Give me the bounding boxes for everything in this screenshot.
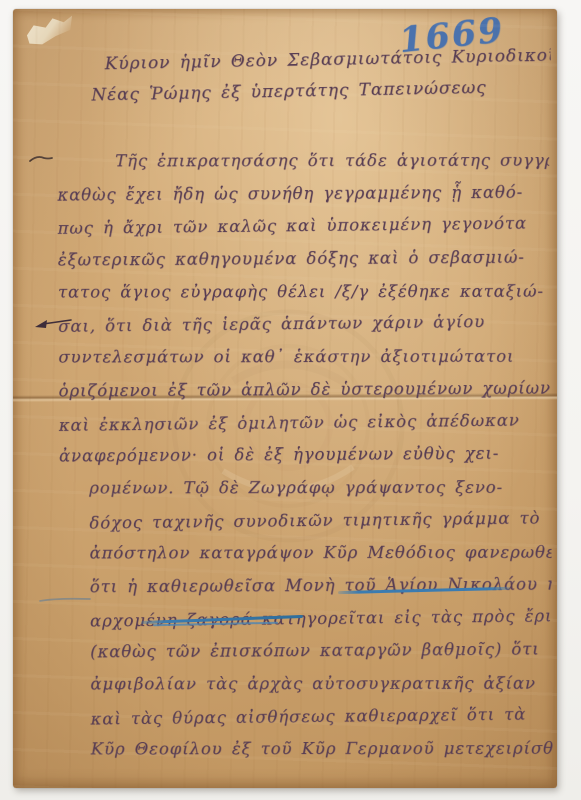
handwriting-line: τατος ἅγιος εὐγραφὴς θέλει /ξ/γ ἐξέθηκε …: [58, 275, 550, 309]
handwriting-line: αρχομένη ζαγορά κατηγορεῖται εἰς τὰς πρὸ…: [60, 600, 552, 638]
handwriting-line: συντελεσμάτων οἱ καθ᾽ ἑκάστην ἀξιοτιμώτα…: [58, 341, 550, 375]
handwriting-line: πως ἡ ἄχρι τῶν καλῶς καὶ ὑποκειμένη γεγο…: [57, 208, 549, 246]
handwriting-line: ρομένων. Τῷ δὲ Ζωγράφῳ γράψαντος ξενο-: [59, 471, 551, 505]
handwriting-line: ἀναφερόμενον· οἱ δὲ ἐξ ἡγουμένων εὐθὺς χ…: [59, 438, 551, 474]
handwriting-line: δόχος ταχινῆς συνοδικῶν τιμητικῆς γράμμα…: [59, 502, 551, 540]
margin-arrow-mark: [33, 315, 73, 333]
handwriting-line: ἀπόστηλον καταγράψον Κῦρ Μεθόδιος φανερω…: [60, 537, 552, 571]
margin-tick-mark: [28, 153, 54, 165]
margin-pencil-dash: [38, 595, 92, 605]
handwriting-line: Τῆς ἐπικρατησάσης ὅτι τάδε ἁγιοτάτης συγ…: [57, 145, 549, 179]
handwriting-line: καθὼς ἔχει ἤδη ὡς συνήθη γεγραμμένης ᾗ κ…: [57, 176, 549, 212]
handwriting-line: καὶ ἐκκλησιῶν ἐξ ὁμιλητῶν ὡς εἰκὸς ἀπέδω…: [59, 404, 551, 442]
handwriting-line: σαι, ὅτι διὰ τῆς ἱερᾶς ἁπάντων χάριν ἁγί…: [58, 306, 550, 344]
scan-background: { "document": { "archival_number": "1669…: [0, 0, 581, 800]
letter-body-text: Τῆς ἐπικρατησάσης ὅτι τάδε ἁγιοτάτης συγ…: [57, 144, 553, 768]
handwriting-line: ὁριζόμενοι ἐξ τῶν ἁπλῶν δὲ ὑστερουμένων …: [59, 372, 551, 408]
paper-tear-damage: [22, 12, 79, 56]
manuscript-page: 1669 Κύριον ἡμῖν Θεὸν Σεβασμιωτάτοις Κυρ…: [13, 9, 557, 788]
handwriting-line: ὅτι ἡ καθιερωθεῖσα Μονὴ τοῦ Ἁγίου Νικολά…: [60, 568, 552, 604]
handwriting-line: ἀμφιβολίαν τὰς ἀρχὰς αὐτοσυγκρατικῆς ἀξί…: [60, 668, 552, 702]
handwriting-line: καὶ τὰς θύρας αἰσθήσεως καθιεραρχεῖ ὅτι …: [60, 698, 552, 736]
handwriting-line: ἐξωτερικῶς καθηγουμένα δόξης καὶ ὁ σεβασ…: [58, 242, 550, 278]
handwriting-line: Κῦρ Θεοφίλου ἐξ τοῦ Κῦρ Γερμανοῦ μετεχει…: [61, 733, 553, 767]
handwriting-line: (καθὼς τῶν ἐπισκόπων καταργῶν βαθμοῖς) ὅ…: [60, 634, 552, 670]
salutation-header: Κύριον ἡμῖν Θεὸν Σεβασμιωτάτοις Κυριοδικ…: [90, 41, 551, 112]
